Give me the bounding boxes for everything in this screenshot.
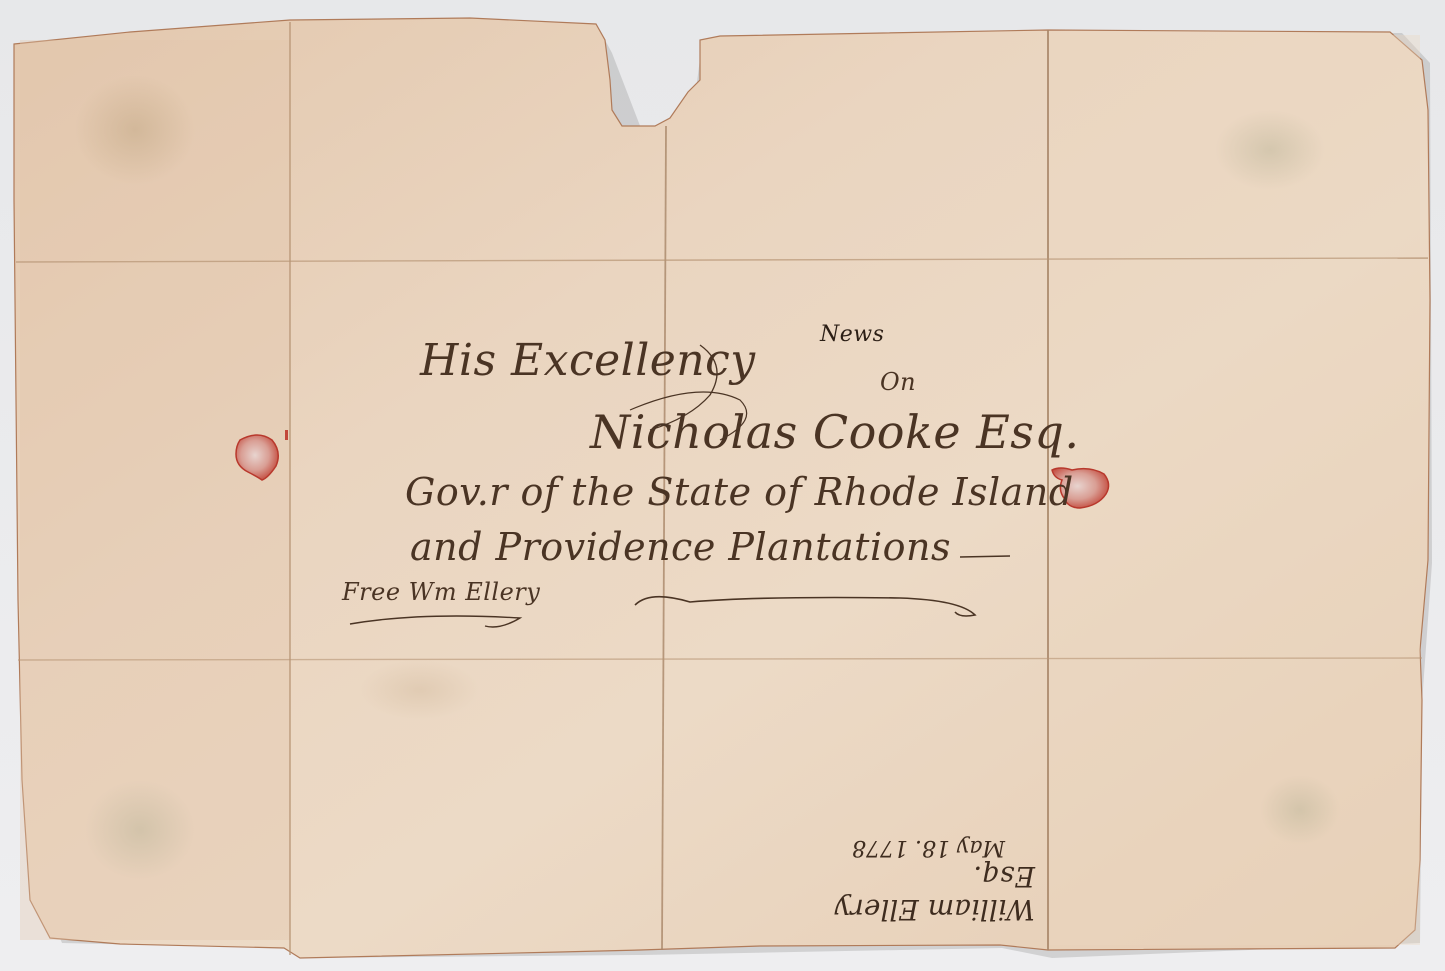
address-line-governor-title: Gov.r of the State of Rhode Island xyxy=(405,470,1074,514)
address-line-providence-plantations: and Providence Plantations xyxy=(410,525,951,569)
address-line-his-excellency: His Excellency xyxy=(420,335,756,386)
docket-sender: William Ellery Esq. xyxy=(775,860,1035,926)
free-frank-signature: Free Wm Ellery xyxy=(342,578,540,606)
photo-backdrop: His Excellency News On Nicholas Cooke Es… xyxy=(0,0,1445,971)
annotation-news: News xyxy=(820,322,884,347)
dash-after-plantations xyxy=(960,556,1010,557)
address-line-recipient-name: Nicholas Cooke Esq. xyxy=(590,405,1079,459)
annotation-on: On xyxy=(880,368,916,396)
docket-date: May 18. 1778 xyxy=(775,835,1005,860)
docket-note: William Ellery Esq. May 18. 1778 xyxy=(775,835,1035,926)
